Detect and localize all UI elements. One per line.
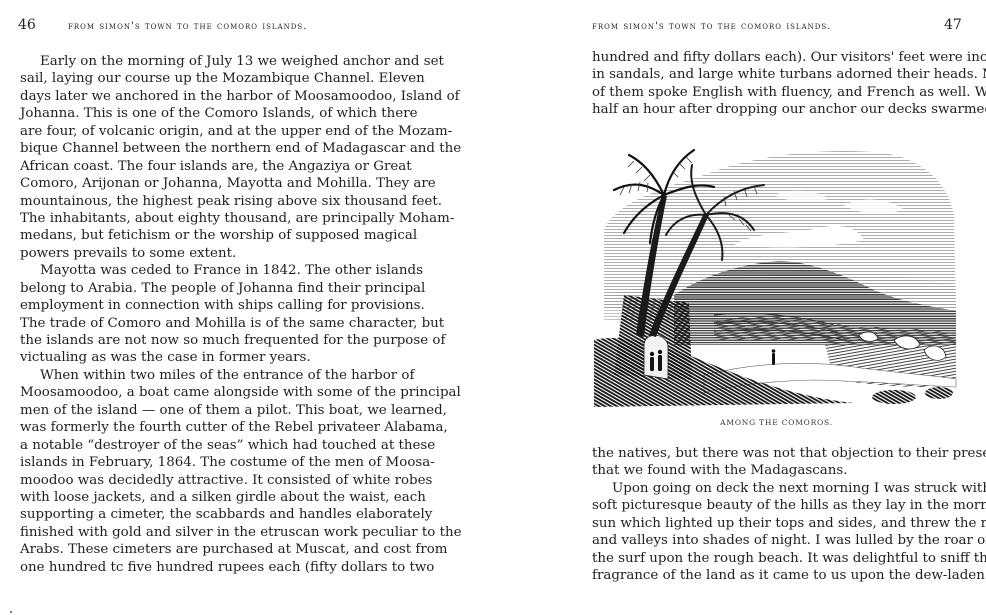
text-line: men of the island — one of them a pilot.… <box>20 402 386 419</box>
text-line: the islands are not now so much frequent… <box>20 332 386 349</box>
text-line: employment in connection with ships call… <box>20 297 386 314</box>
text-line: The inhabitants, about eighty thousand, … <box>20 210 386 227</box>
text-line: a notable “destroyer of the seas” which … <box>20 437 386 454</box>
left-page: 46 FROM SIMON'S TOWN TO THE COMORO ISLAN… <box>0 0 493 615</box>
text-line: half an hour after dropping our anchor o… <box>592 101 957 118</box>
text-line: one hundred tc five hundred rupees each … <box>20 559 386 576</box>
text-line: Early on the morning of July 13 we weigh… <box>20 53 386 70</box>
text-line: was formerly the fourth cutter of the Re… <box>20 419 386 436</box>
text-line: of them spoke English with fluency, and … <box>592 84 957 101</box>
body-text-top: hundred and fifty dollars each). Our vis… <box>592 49 957 119</box>
text-line: finished with gold and silver in the etr… <box>20 524 386 541</box>
text-line: powers prevails to some extent. <box>20 245 386 262</box>
engraving-illustration <box>594 135 959 407</box>
text-line: medans, but fetichism or the worship of … <box>20 227 386 244</box>
page-number: 47 <box>944 17 962 33</box>
text-line: Johanna. This is one of the Comoro Islan… <box>20 105 386 122</box>
figure-caption: AMONG THE COMOROS. <box>594 418 959 427</box>
text-line: Comoro, Arijonan or Johanna, Mayotta and… <box>20 175 386 192</box>
text-line: and valleys into shades of night. I was … <box>592 532 957 549</box>
landscape-engraving-icon <box>594 135 959 407</box>
text-line: supporting a cimeter, the scabbards and … <box>20 506 386 523</box>
text-line: Moosamoodoo, a boat came alongside with … <box>20 384 386 401</box>
text-line: that we found with the Madagascans. <box>592 462 957 479</box>
text-line: the surf upon the rough beach. It was de… <box>592 550 957 567</box>
text-line: hundred and fifty dollars each). Our vis… <box>592 49 957 66</box>
scan-speck <box>10 611 12 613</box>
text-line: the natives, but there was not that obje… <box>592 445 957 462</box>
text-line: Arabs. These cimeters are purchased at M… <box>20 541 386 558</box>
text-line: victualing as was the case in former yea… <box>20 349 386 366</box>
text-line: days later we anchored in the harbor of … <box>20 88 386 105</box>
text-line: Upon going on deck the next morning I wa… <box>592 480 957 497</box>
text-line: African coast. The four islands are, the… <box>20 158 386 175</box>
body-text-bottom: the natives, but there was not that obje… <box>592 445 957 585</box>
text-line: Mayotta was ceded to France in 1842. The… <box>20 262 386 279</box>
text-line: sail, laying our course up the Mozambiqu… <box>20 70 386 87</box>
text-line: When within two miles of the entrance of… <box>20 367 386 384</box>
page-number: 46 <box>18 17 36 33</box>
text-line: mountainous, the highest peak rising abo… <box>20 193 386 210</box>
text-line: sun which lighted up their tops and side… <box>592 515 957 532</box>
running-head: FROM SIMON'S TOWN TO THE COMORO ISLANDS. <box>592 20 832 32</box>
body-text: Early on the morning of July 13 we weigh… <box>20 53 386 576</box>
text-line: bique Channel between the northern end o… <box>20 140 386 157</box>
text-line: belong to Arabia. The people of Johanna … <box>20 280 386 297</box>
text-line: The trade of Comoro and Mohilla is of th… <box>20 315 386 332</box>
text-line: moodoo was decidedly attractive. It cons… <box>20 472 386 489</box>
text-line: with loose jackets, and a silken girdle … <box>20 489 386 506</box>
text-line: are four, of volcanic origin, and at the… <box>20 123 386 140</box>
running-head: FROM SIMON'S TOWN TO THE COMORO ISLANDS. <box>68 20 308 32</box>
text-line: in sandals, and large white turbans ador… <box>592 66 957 83</box>
text-line: fragrance of the land as it came to us u… <box>592 567 957 584</box>
text-line: islands in February, 1864. The costume o… <box>20 454 386 471</box>
text-line: soft picturesque beauty of the hills as … <box>592 497 957 514</box>
right-page: FROM SIMON'S TOWN TO THE COMORO ISLANDS.… <box>493 0 986 615</box>
